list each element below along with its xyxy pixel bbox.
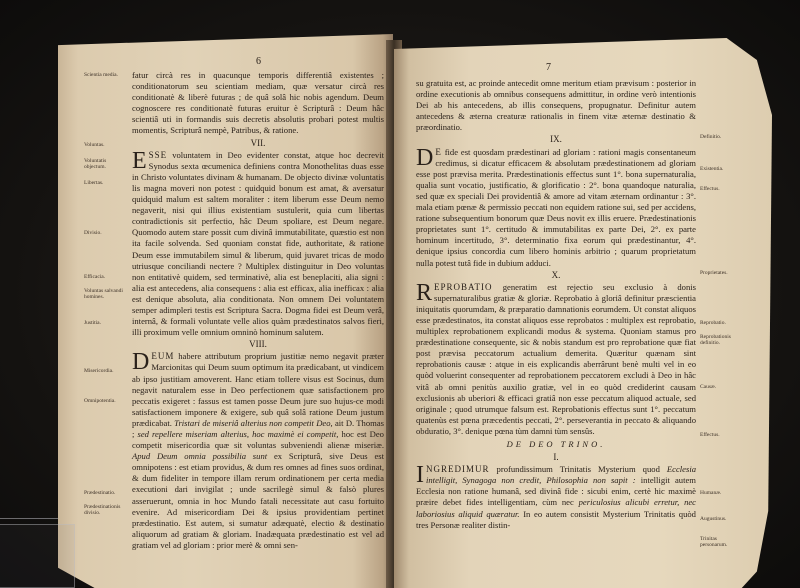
section-numeral: VIII. bbox=[132, 339, 384, 350]
paragraph: DEUM habere attributum proprium justitiæ… bbox=[132, 351, 384, 551]
right-page: 7 Definitio. Existentia. Effectus. Propr… bbox=[394, 38, 772, 588]
margin-note: Voluntas salvandi homines. bbox=[84, 288, 128, 300]
left-page: 6 Scientia media. Voluntas. Voluntatis o… bbox=[58, 34, 393, 588]
drop-cap: R bbox=[416, 283, 432, 303]
margin-note: Humanæ. bbox=[700, 490, 744, 496]
margin-note: Efficacia. bbox=[84, 274, 128, 280]
section-numeral: I. bbox=[416, 452, 696, 463]
paragraph: su gratuita est, ac proinde antecedit om… bbox=[416, 78, 696, 133]
treatise-title: DE DEO TRINO. bbox=[416, 439, 696, 450]
margin-note: Prædestinationis divisio. bbox=[84, 504, 128, 516]
margin-note: Prædestinatio. bbox=[84, 490, 128, 496]
margin-note: Voluntatis objectum. bbox=[84, 158, 128, 170]
paragraph: REPROBATIO generatim est rejectio seu ex… bbox=[416, 282, 696, 437]
drop-cap: E bbox=[132, 151, 147, 171]
page-number-left: 6 bbox=[256, 56, 261, 67]
margin-note: Omnipotentia. bbox=[84, 398, 128, 404]
margin-note: Misericordia. bbox=[84, 368, 128, 374]
paragraph: fatur circà res in quacunque temporis di… bbox=[132, 70, 384, 137]
margin-note: Effectus. bbox=[700, 432, 744, 438]
section-numeral: X. bbox=[416, 270, 696, 281]
margin-note: Voluntas. bbox=[84, 142, 128, 148]
acrylic-book-stand bbox=[0, 524, 75, 588]
drop-cap: D bbox=[132, 352, 149, 372]
margin-note: Libertas. bbox=[84, 180, 128, 186]
paragraph: INGREDIMUR profundissimum Trinitatis Mys… bbox=[416, 464, 696, 531]
margin-note: Reprobatio. bbox=[700, 320, 744, 326]
margin-note: Divisio. bbox=[84, 230, 128, 236]
margin-note: Causæ. bbox=[700, 384, 744, 390]
margin-note: Proprietates. bbox=[700, 270, 744, 276]
paragraph: ESSE voluntatem in Deo evidenter constat… bbox=[132, 150, 384, 339]
margin-note: Justitia. bbox=[84, 320, 128, 326]
margin-note: Augustinus. bbox=[700, 516, 744, 522]
section-numeral: IX. bbox=[416, 134, 696, 145]
paragraph: DE fide est quosdam prædestinari ad glor… bbox=[416, 147, 696, 269]
page-number-right: 7 bbox=[546, 62, 551, 73]
section-numeral: VII. bbox=[132, 138, 384, 149]
margin-note: Definitio. bbox=[700, 134, 744, 140]
margin-note: Effectus. bbox=[700, 186, 744, 192]
margin-note: Existentia. bbox=[700, 166, 744, 172]
margin-note: Scientia media. bbox=[84, 72, 128, 78]
left-page-text: fatur circà res in quacunque temporis di… bbox=[132, 70, 384, 551]
drop-cap: D bbox=[416, 148, 433, 168]
right-page-text: su gratuita est, ac proinde antecedit om… bbox=[416, 78, 696, 531]
margin-note: Trinitas personarum. bbox=[700, 536, 744, 548]
margin-note: Reprobationis definitio. bbox=[700, 334, 744, 346]
drop-cap: I bbox=[416, 465, 424, 485]
